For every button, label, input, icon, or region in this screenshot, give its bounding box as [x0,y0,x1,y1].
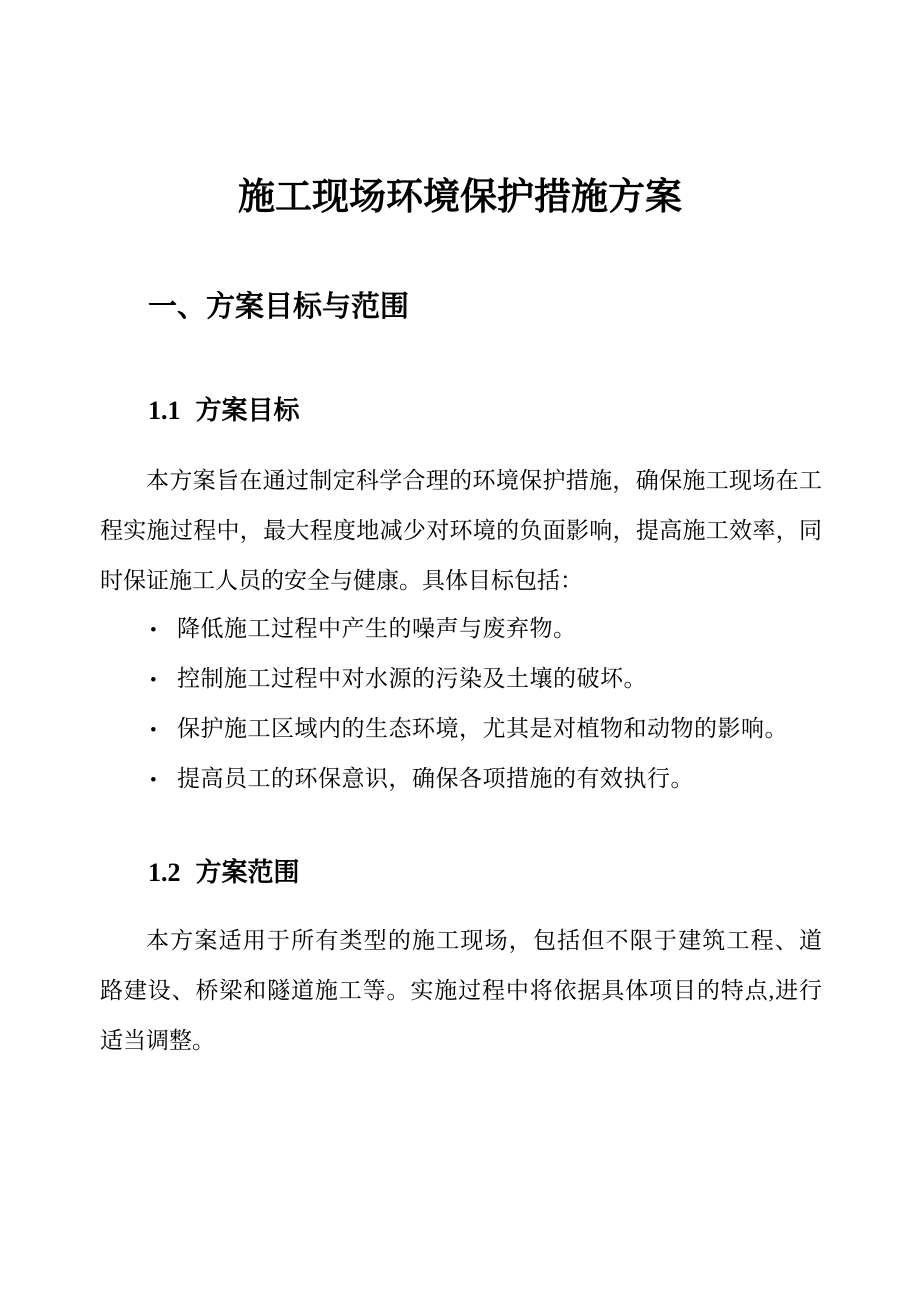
scope-paragraph-line: 路建设、桥梁和隧道施工等。实施过程中将依据具体项目的特点,进行 [100,966,822,1016]
list-item: • 降低施工过程中产生的噪声与废弃物。 [150,604,850,654]
goals-bullet-list: • 降低施工过程中产生的噪声与废弃物。 • 控制施工过程中对水源的污染及土壤的破… [150,604,850,804]
bullet-icon: • [150,756,177,806]
document-title: 施工现场环境保护措施方案 [0,172,920,222]
list-item: • 控制施工过程中对水源的污染及土壤的破坏。 [150,654,850,704]
subsection-1-2-title: 方案范围 [196,858,300,887]
bullet-icon: • [150,606,177,656]
scope-paragraph-line: 适当调整。 [100,1016,822,1066]
bullet-icon: • [150,656,177,706]
subsection-1-2-number: 1.2 [148,858,181,887]
list-item: • 保护施工区域内的生态环境，尤其是对植物和动物的影响。 [150,704,850,754]
subsection-1-1-title: 方案目标 [196,396,300,425]
goals-paragraph-line: 本方案旨在通过制定科学合理的环境保护措施，确保施工现场在工 [100,456,822,506]
subsection-1-1-number: 1.1 [148,396,181,425]
goals-paragraph-line: 时保证施工人员的安全与健康。具体目标包括： [100,556,822,606]
list-item: • 提高员工的环保意识，确保各项措施的有效执行。 [150,754,850,804]
subsection-1-1-heading: 1.1方案目标 [148,394,300,428]
list-item-text: 保护施工区域内的生态环境，尤其是对植物和动物的影响。 [177,704,788,754]
list-item-text: 降低施工过程中产生的噪声与废弃物。 [177,604,577,654]
subsection-1-2-heading: 1.2方案范围 [148,856,300,890]
bullet-icon: • [150,706,177,756]
goals-paragraph: 本方案旨在通过制定科学合理的环境保护措施，确保施工现场在工 程实施过程中，最大程… [100,456,822,606]
list-item-text: 控制施工过程中对水源的污染及土壤的破坏。 [177,654,647,704]
goals-paragraph-line: 程实施过程中，最大程度地减少对环境的负面影响，提高施工效率，同 [100,506,822,556]
scope-paragraph: 本方案适用于所有类型的施工现场，包括但不限于建筑工程、道 路建设、桥梁和隧道施工… [100,916,822,1066]
list-item-text: 提高员工的环保意识，确保各项措施的有效执行。 [177,754,694,804]
section-heading: 一、方案目标与范围 [148,288,409,326]
scope-paragraph-line: 本方案适用于所有类型的施工现场，包括但不限于建筑工程、道 [100,916,822,966]
document-page: 施工现场环境保护措施方案 一、方案目标与范围 1.1方案目标 本方案旨在通过制定… [0,0,920,1301]
